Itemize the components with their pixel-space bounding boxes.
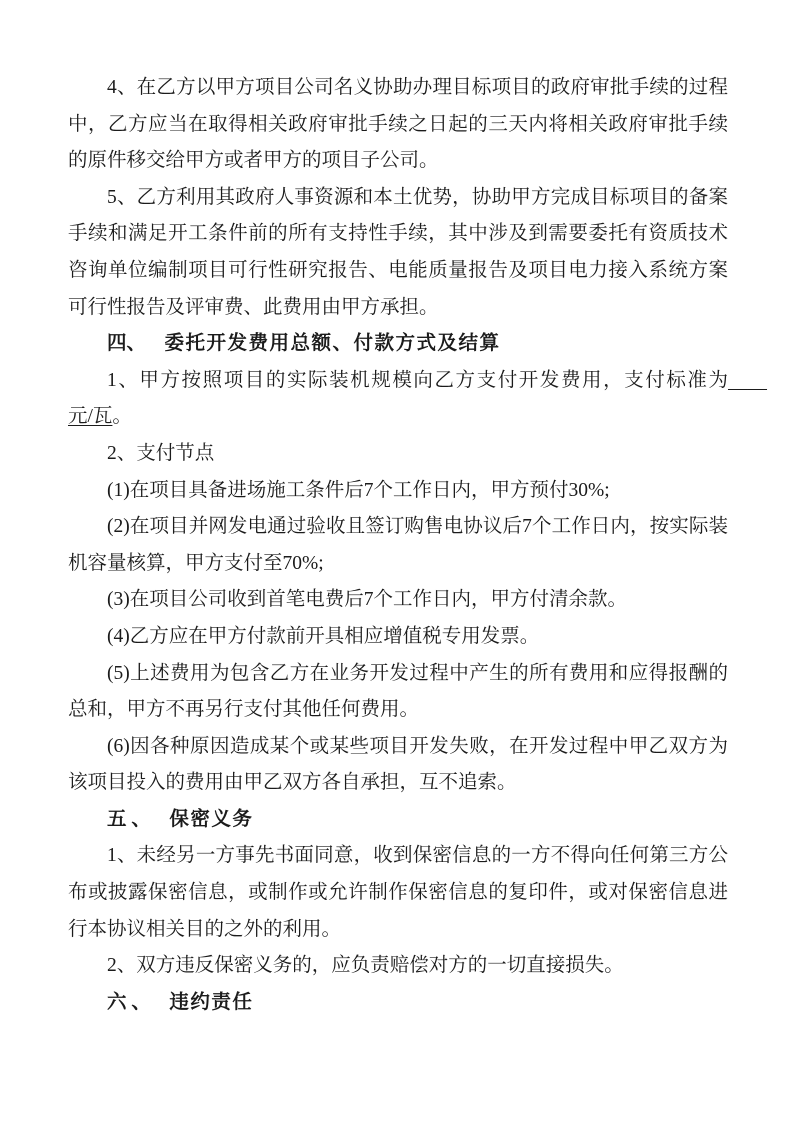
document-page: 4、在乙方以甲方项目公司名义协助办理目标项目的政府审批手续的过程中，乙方应当在取… bbox=[0, 0, 794, 1122]
payment-node-5-paragraph: (5)上述费用为包含乙方在业务开发过程中产生的所有费用和应得报酬的总和，甲方不再… bbox=[68, 656, 728, 729]
confidentiality-2-paragraph: 2、双方违反保密义务的，应负责赔偿对方的一切直接损失。 bbox=[68, 948, 728, 985]
payment-node-2-paragraph: (2)在项目并网发电通过验收且签订购售电协议后7个工作日内，按实际装机容量核算，… bbox=[68, 509, 728, 582]
payment-standard-paragraph: 1、甲方按照项目的实际装机规模向乙方支付开发费用，支付标准为 元/瓦。 bbox=[68, 363, 728, 436]
payment-node-6-paragraph: (6)因各种原因造成某个或某些项目开发失败，在开发过程中甲乙双方为该项目投入的费… bbox=[68, 729, 728, 802]
section-6-title: 违约责任 bbox=[169, 992, 253, 1013]
payment-node-1-paragraph: (1)在项目具备进场施工条件后7个工作日内，甲方预付30%; bbox=[68, 473, 728, 510]
confidentiality-1-paragraph: 1、未经另一方事先书面同意，收到保密信息的一方不得向任何第三方公布或披露保密信息… bbox=[68, 838, 728, 948]
payment-node-3-paragraph: (3)在项目公司收到首笔电费后7个工作日内，甲方付清余款。 bbox=[68, 582, 728, 619]
payment-node-4-paragraph: (4)乙方应在甲方付款前开具相应增值税专用发票。 bbox=[68, 619, 728, 656]
section-5-heading: 五 、保密义务 bbox=[68, 802, 728, 839]
section-5-title: 保密义务 bbox=[169, 809, 253, 830]
section-6-heading: 六 、违约责任 bbox=[68, 985, 728, 1022]
payment-standard-period: 。 bbox=[112, 406, 132, 427]
clause-4-paragraph: 4、在乙方以甲方项目公司名义协助办理目标项目的政府审批手续的过程中，乙方应当在取… bbox=[68, 70, 728, 180]
payment-nodes-heading-paragraph: 2、支付节点 bbox=[68, 436, 728, 473]
clause-5-paragraph: 5、乙方利用其政府人事资源和本土优势，协助甲方完成目标项目的备案手续和满足开工条… bbox=[68, 180, 728, 326]
section-4-number: 四、 bbox=[107, 333, 146, 354]
section-4-heading: 四、委托开发费用总额、付款方式及结算 bbox=[68, 326, 728, 363]
section-5-number: 五 、 bbox=[107, 809, 151, 830]
payment-standard-text: 1、甲方按照项目的实际装机规模向乙方支付开发费用，支付标准为 bbox=[107, 370, 728, 391]
section-4-title: 委托开发费用总额、付款方式及结算 bbox=[165, 333, 501, 354]
section-6-number: 六 、 bbox=[107, 992, 151, 1013]
